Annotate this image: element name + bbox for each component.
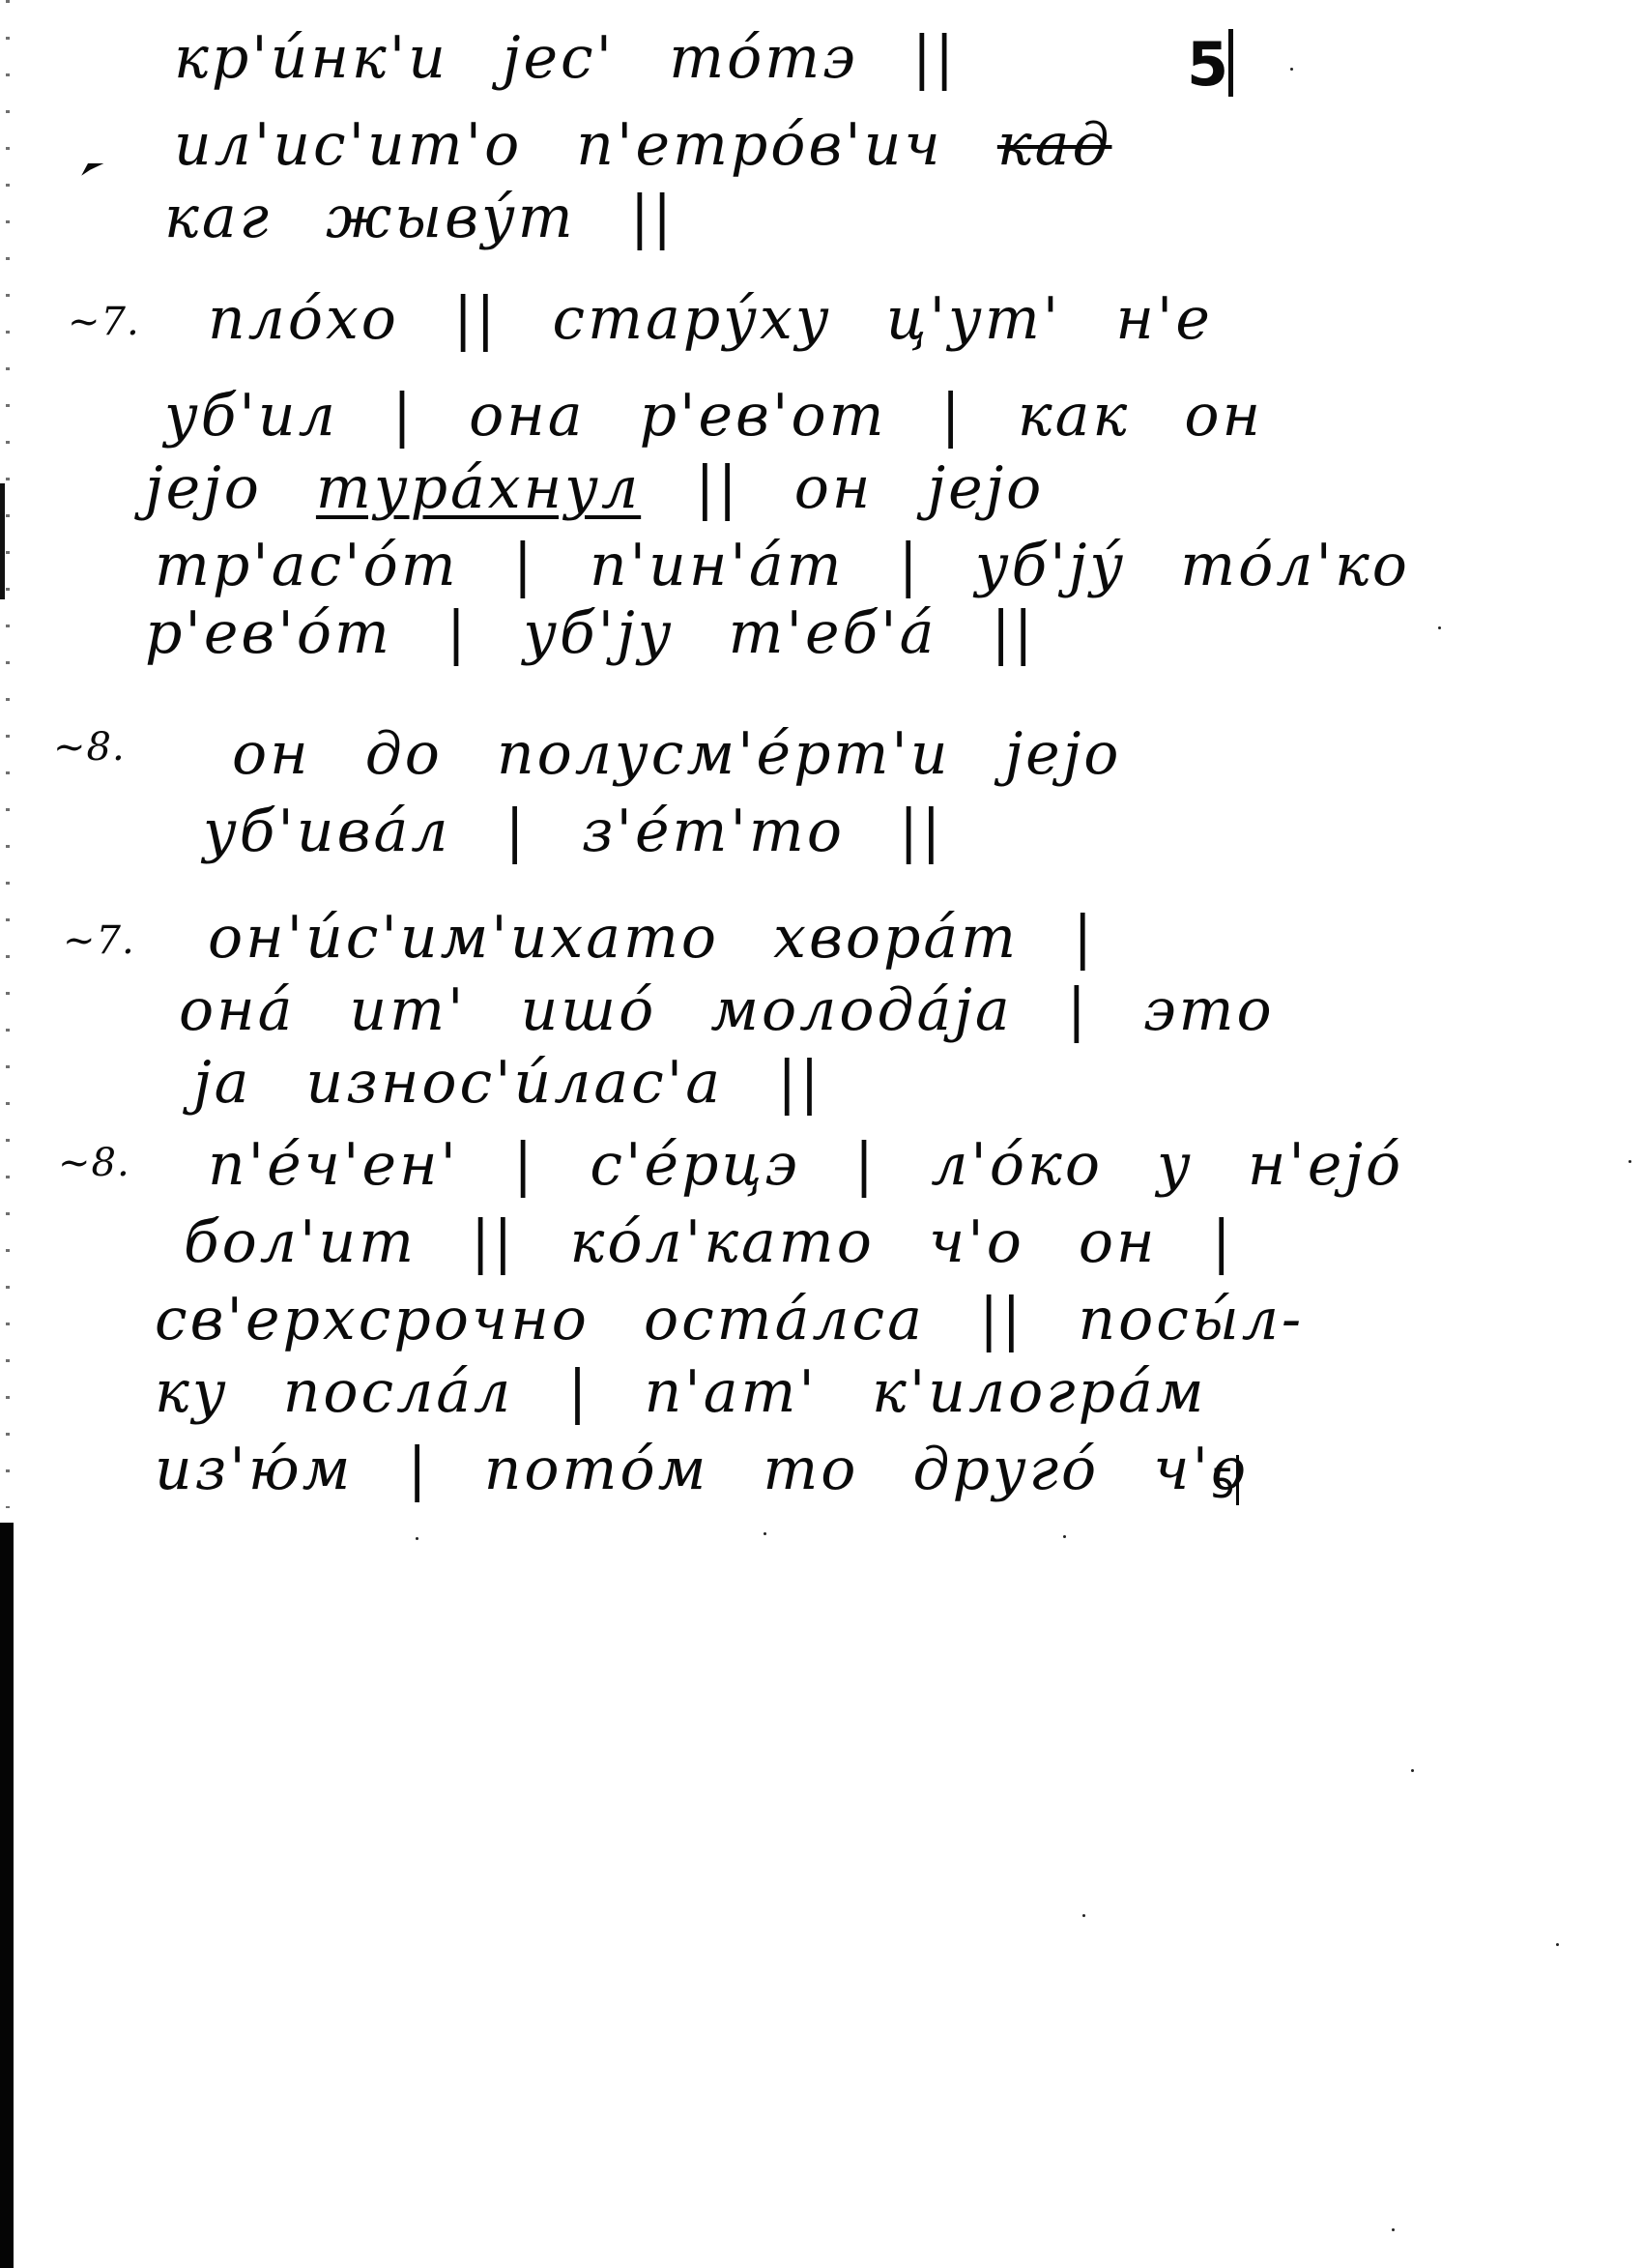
text-line: jа износ'и́лас'а || (193, 1054, 822, 1112)
line-text: пло́хо || стару́ху ц'ут' н'е (208, 285, 1213, 353)
line-text: уб'ива́л | з'е́т'то || (203, 798, 943, 865)
text-line: кр'и́нк'и jес' то́тэ || (174, 29, 957, 87)
line-text: он до полусм'е́рт'и jejo (232, 720, 1121, 788)
scan-edge-ticks (6, 0, 10, 1508)
text-line: св'ерхсрочно оста́лса || посы́л- (155, 1291, 1304, 1349)
speaker-label: ~8. (53, 725, 126, 770)
scan-speck (764, 1532, 766, 1535)
scan-speck (416, 1537, 418, 1540)
margin-arrow-icon (78, 159, 105, 176)
line-text: кр'и́нк'и jес' то́тэ || (174, 24, 957, 92)
speaker-number: ~8. (58, 1141, 130, 1185)
page-marker-top: 5 (1187, 29, 1233, 100)
text-line: jejo тура́хнул || он jejo (145, 459, 1044, 517)
scan-edge-bar (0, 483, 5, 599)
line-text: каг жыву́т || (164, 184, 675, 251)
scan-speck (1392, 2228, 1395, 2231)
line-text: из'ю́м | пото́м то друго́ ч'о (155, 1436, 1249, 1503)
page-marker-bar (1236, 1455, 1239, 1505)
scan-speck (1411, 1769, 1414, 1772)
speaker-label: ~7. (68, 300, 140, 344)
scan-edge-bar (0, 1523, 14, 2268)
speaker-number: ~8. (53, 725, 126, 770)
line-text: св'ерхсрочно оста́лса || посы́л- (155, 1286, 1304, 1353)
page-marker-digit: 5 (1210, 1460, 1234, 1507)
scan-speck (1063, 1535, 1066, 1538)
text-line: каг жыву́т || (164, 189, 675, 247)
speaker-label: ~8. (58, 1141, 130, 1185)
scan-speck (1082, 1914, 1085, 1917)
speaker-number: ~7. (68, 300, 140, 344)
line-text: ку посла́л | п'ат' к'илогра́м (155, 1358, 1207, 1426)
line-text: тр'ас'о́т | п'ин'а́т | уб'jу́ то́л'ко (155, 532, 1410, 599)
text-line: он до полусм'е́рт'и jejo (232, 725, 1121, 783)
page-marker-bar (1228, 29, 1233, 97)
line-text: бол'ит || ко́л'като ч'о он | (184, 1208, 1234, 1276)
text-line: он'и́с'им'ихато хвора́т | (208, 909, 1095, 967)
text-line: бол'ит || ко́л'като ч'о он | (184, 1213, 1234, 1271)
scan-speck (1290, 68, 1293, 71)
line-text: || он jejo (695, 454, 1044, 522)
speaker-number: ~7. (63, 918, 135, 963)
scanned-page: 5 кр'и́нк'и jес' то́тэ || ил'ис'ит'о п'е… (0, 0, 1643, 2268)
line-text: р'ев'о́т | уб'jу т'еб'а́ || (145, 599, 1036, 667)
scan-speck (1556, 1943, 1559, 1946)
line-text: п'е́ч'ен' | с'е́рцэ | л'о́ко у н'ejо́ (208, 1131, 1403, 1199)
text-line: пло́хо || стару́ху ц'ут' н'е (208, 290, 1213, 348)
text-line: ку посла́л | п'ат' к'илогра́м (155, 1363, 1207, 1421)
scan-speck (1438, 626, 1441, 629)
struck-word: кад (997, 111, 1112, 179)
text-line: уб'ил | она р'ев'от | как он (164, 387, 1263, 445)
line-text: он'и́с'им'ихато хвора́т | (208, 904, 1095, 972)
line-text: она́ ит' ишо́ молода́jа | это (179, 976, 1275, 1044)
line-text: jа износ'и́лас'а || (193, 1049, 822, 1117)
text-line: из'ю́м | пото́м то друго́ ч'о (155, 1440, 1249, 1498)
text-line: она́ ит' ишо́ молода́jа | это (179, 981, 1275, 1039)
text-line: уб'ива́л | з'е́т'то || (203, 802, 943, 860)
line-text: jejo (145, 454, 262, 522)
text-line: тр'ас'о́т | п'ин'а́т | уб'jу́ то́л'ко (155, 537, 1410, 595)
text-line: ил'ис'ит'о п'етро́в'ич кад (174, 116, 1111, 174)
page-marker-digit: 5 (1187, 29, 1226, 100)
text-line: р'ев'о́т | уб'jу т'еб'а́ || (145, 604, 1036, 662)
underlined-word: тура́хнул (316, 454, 641, 522)
page-marker-bottom: 5 (1210, 1455, 1239, 1507)
line-text: уб'ил | она р'ев'от | как он (164, 382, 1263, 450)
speaker-label: ~7. (63, 918, 135, 963)
line-text: ил'ис'ит'о п'етро́в'ич (174, 111, 943, 179)
text-line: п'е́ч'ен' | с'е́рцэ | л'о́ко у н'ejо́ (208, 1136, 1403, 1194)
scan-speck (1629, 1160, 1631, 1163)
